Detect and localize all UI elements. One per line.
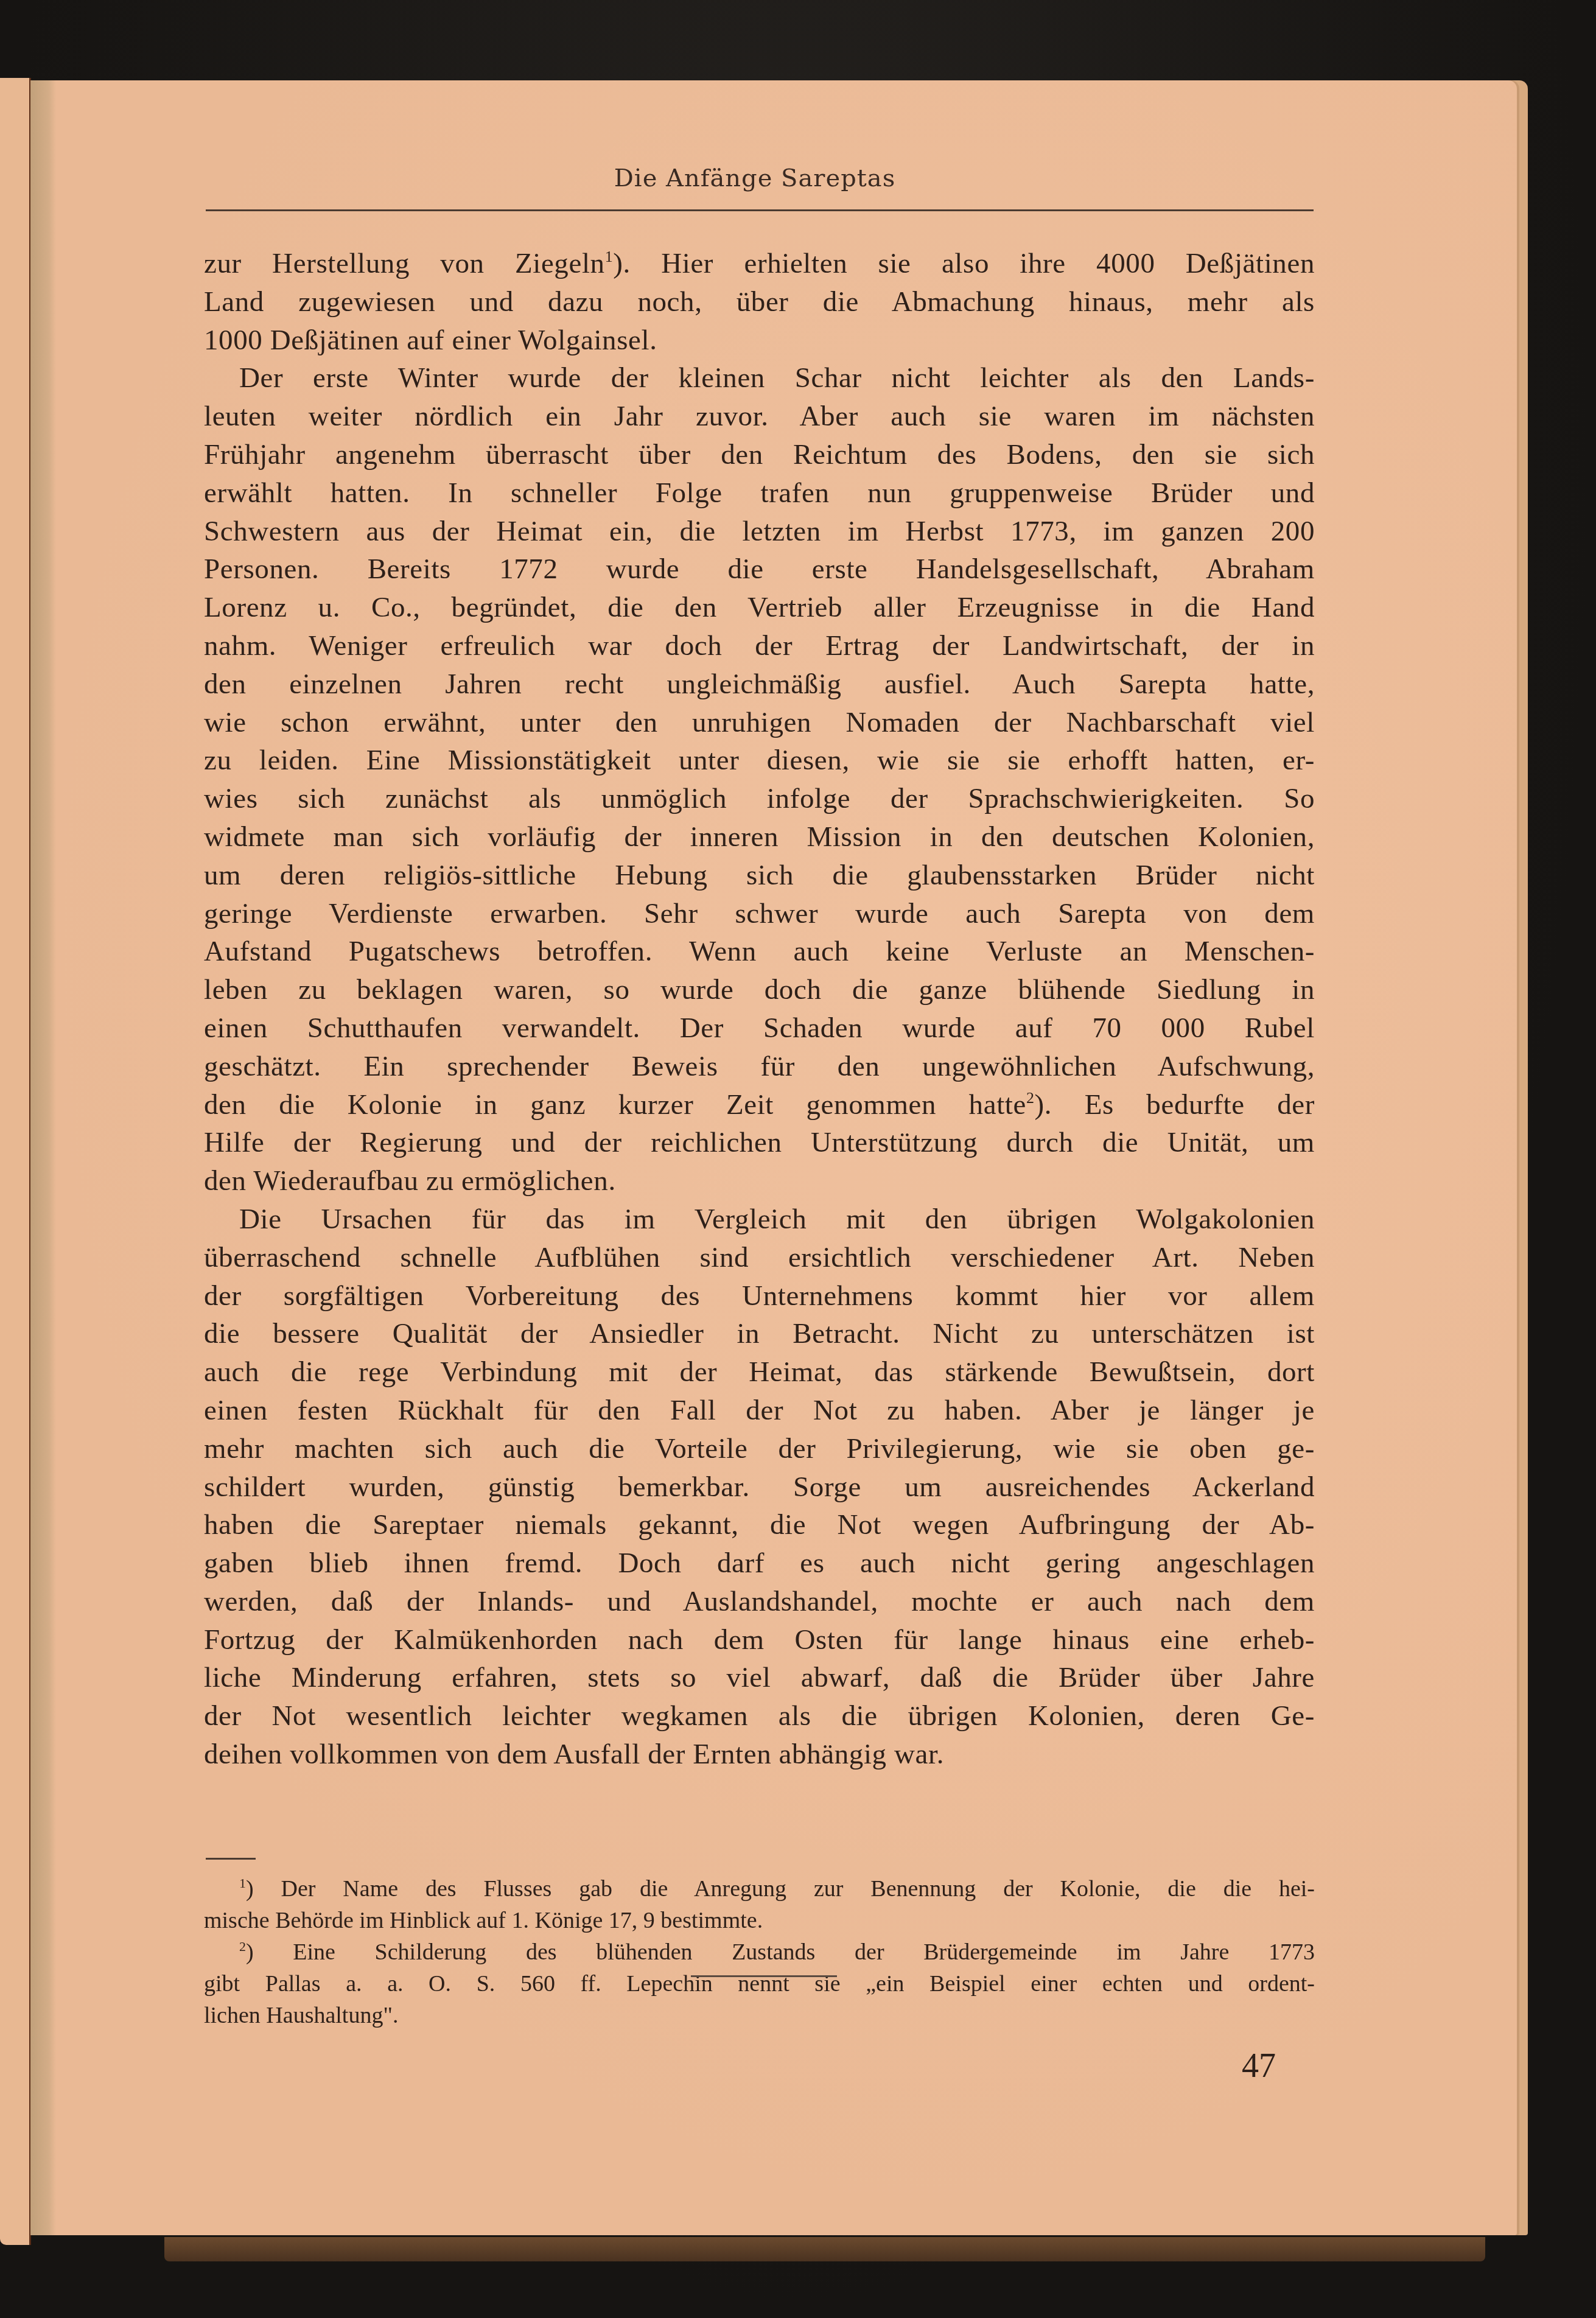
text-line-content: werden, daß der Inlands- und Auslandshan… — [204, 1586, 1315, 1617]
text-line: den Wiederaufbau zu ermöglichen. — [204, 1162, 1315, 1200]
footnote-marker: 2 — [239, 1939, 246, 1954]
text-line: den die Kolonie in ganz kurzer Zeit geno… — [204, 1086, 1315, 1124]
text-line: deihen vollkommen von dem Ausfall der Er… — [204, 1735, 1315, 1774]
text-line-content: Schwestern aus der Heimat ein, die letzt… — [204, 516, 1315, 547]
text-line: nahm. Weniger erfreulich war doch der Er… — [204, 627, 1315, 665]
text-line: geschätzt. Ein sprechender Beweis für de… — [204, 1048, 1315, 1086]
text-line: mehr machten sich auch die Vorteile der … — [204, 1430, 1315, 1468]
book-page: Die Anfänge Sareptas zur Herstellung von… — [30, 80, 1528, 2235]
text-line-content: Frühjahr angenehm überrascht über den Re… — [204, 439, 1315, 471]
text-line: Lorenz u. Co., begründet, die den Vertri… — [204, 589, 1315, 627]
text-line-content: Hilfe der Regierung und der reichlichen … — [204, 1127, 1315, 1158]
text-line-content: den Wiederaufbau zu ermöglichen. — [204, 1165, 616, 1197]
text-line-content: Der erste Winter wurde der kleinen Schar… — [239, 362, 1315, 394]
text-line: wie schon erwähnt, unter den unruhigen N… — [204, 704, 1315, 742]
text-line: 1000 Deßjätinen auf einer Wolgainsel. — [204, 321, 1315, 360]
text-line: Schwestern aus der Heimat ein, die letzt… — [204, 513, 1315, 551]
text-line-content: Land zugewiesen und dazu noch, über die … — [204, 286, 1315, 318]
text-line: um deren religiös-sittliche Hebung sich … — [204, 856, 1315, 895]
text-line-continuation: ). Hier erhielten sie also ihre 4000 Deß… — [613, 248, 1315, 279]
text-line: erwählt hatten. In schneller Folge trafe… — [204, 474, 1315, 513]
text-line-content: wies sich zunächst als unmöglich infolge… — [204, 783, 1315, 814]
footnote-marker: 1 — [239, 1875, 246, 1891]
text-line: geringe Verdienste erwarben. Sehr schwer… — [204, 895, 1315, 933]
text-line-content: gaben blieb ihnen fremd. Doch darf es au… — [204, 1547, 1315, 1579]
text-line-content: einen Schutthaufen verwandelt. Der Schad… — [204, 1012, 1315, 1044]
text-line-content: erwählt hatten. In schneller Folge trafe… — [204, 477, 1315, 509]
text-line-content: haben die Sareptaer niemals gekannt, die… — [204, 1509, 1315, 1541]
text-line-content: zur Herstellung von Ziegeln — [204, 248, 605, 279]
text-line: werden, daß der Inlands- und Auslandshan… — [204, 1583, 1315, 1621]
text-line-content: Lorenz u. Co., begründet, die den Vertri… — [204, 592, 1315, 623]
text-line: wies sich zunächst als unmöglich infolge… — [204, 780, 1315, 818]
text-line: überraschend schnelle Aufblühen sind ers… — [204, 1239, 1315, 1277]
running-head: Die Anfänge Sareptas — [201, 164, 1309, 192]
text-line-content: einen festen Rückhalt für den Fall der N… — [204, 1395, 1315, 1426]
text-line-content: nahm. Weniger erfreulich war doch der Er… — [204, 630, 1315, 662]
footnote-rule — [206, 1858, 256, 1860]
text-line: Fortzug der Kalmükenhorden nach dem Oste… — [204, 1621, 1315, 1659]
text-line: leuten weiter nördlich ein Jahr zuvor. A… — [204, 397, 1315, 436]
book-cover-edge — [164, 2237, 1485, 2261]
text-line: liche Minderung erfahren, stets so viel … — [204, 1659, 1315, 1697]
text-line-content: mehr machten sich auch die Vorteile der … — [204, 1433, 1315, 1465]
text-line: der Not wesentlich leichter wegkamen als… — [204, 1697, 1315, 1735]
text-line-content: deihen vollkommen von dem Ausfall der Er… — [204, 1738, 944, 1770]
text-line: die bessere Qualität der Ansiedler in Be… — [204, 1315, 1315, 1353]
text-line-content: Die Ursachen für das im Vergleich mit de… — [239, 1203, 1315, 1235]
text-line-content: leben zu beklagen waren, so wurde doch d… — [204, 974, 1315, 1006]
text-line-content: Fortzug der Kalmükenhorden nach dem Oste… — [204, 1624, 1315, 1656]
text-line-content: wie schon erwähnt, unter den unruhigen N… — [204, 707, 1315, 738]
text-line-content: zu leiden. Eine Missionstätigkeit unter … — [204, 744, 1315, 776]
text-line: Der erste Winter wurde der kleinen Schar… — [204, 359, 1315, 397]
facing-page-edge — [0, 78, 31, 2245]
text-line-content: geschätzt. Ein sprechender Beweis für de… — [204, 1051, 1315, 1082]
text-line: Frühjahr angenehm überrascht über den Re… — [204, 436, 1315, 474]
footnote-line: 2) Eine Schilderung des blühenden Zustan… — [204, 1936, 1315, 1968]
text-line-content: der Not wesentlich leichter wegkamen als… — [204, 1700, 1315, 1732]
text-line: den einzelnen Jahren recht ungleichmäßig… — [204, 665, 1315, 704]
text-line-content: um deren religiös-sittliche Hebung sich … — [204, 860, 1315, 891]
footnote-line: gibt Pallas a. a. O. S. 560 ff. Lepechin… — [204, 1968, 1315, 2000]
text-line: zur Herstellung von Ziegeln1). Hier erhi… — [204, 245, 1315, 283]
text-line: widmete man sich vorläufig der inneren M… — [204, 818, 1315, 856]
text-line-content: der sorgfältigen Vorbereitung des Untern… — [204, 1280, 1315, 1312]
end-rule — [691, 1975, 837, 1977]
footnote-reference: 2 — [1026, 1089, 1035, 1107]
text-line: einen Schutthaufen verwandelt. Der Schad… — [204, 1009, 1315, 1048]
text-line: Land zugewiesen und dazu noch, über die … — [204, 283, 1315, 321]
footnote-text: lichen Haushaltung". — [204, 2003, 398, 2028]
text-line: der sorgfältigen Vorbereitung des Untern… — [204, 1277, 1315, 1315]
footnote-text: Eine Schilderung des blühenden Zustands … — [293, 1939, 1315, 1965]
text-line: haben die Sareptaer niemals gekannt, die… — [204, 1506, 1315, 1544]
text-line: leben zu beklagen waren, so wurde doch d… — [204, 971, 1315, 1009]
text-line: Aufstand Pugatschews betroffen. Wenn auc… — [204, 933, 1315, 971]
text-line: zu leiden. Eine Missionstätigkeit unter … — [204, 741, 1315, 780]
text-line-content: den die Kolonie in ganz kurzer Zeit geno… — [204, 1089, 1026, 1121]
text-line-content: schildert wurden, günstig bemerkbar. Sor… — [204, 1471, 1315, 1503]
text-line: gaben blieb ihnen fremd. Doch darf es au… — [204, 1544, 1315, 1583]
text-line-content: geringe Verdienste erwarben. Sehr schwer… — [204, 898, 1315, 930]
body-text: zur Herstellung von Ziegeln1). Hier erhi… — [204, 245, 1315, 1774]
footnote-line: mische Behörde im Hinblick auf 1. Könige… — [204, 1905, 1315, 1936]
text-line: auch die rege Verbindung mit der Heimat,… — [204, 1353, 1315, 1392]
text-line: Hilfe der Regierung und der reichlichen … — [204, 1124, 1315, 1162]
text-line-content: widmete man sich vorläufig der inneren M… — [204, 821, 1315, 853]
text-line-content: Aufstand Pugatschews betroffen. Wenn auc… — [204, 936, 1315, 967]
header-rule — [206, 209, 1314, 211]
footnotes: 1) Der Name des Flusses gab die Anregung… — [204, 1873, 1315, 2031]
footnote-text: mische Behörde im Hinblick auf 1. Könige… — [204, 1908, 763, 1933]
text-line-content: auch die rege Verbindung mit der Heimat,… — [204, 1356, 1315, 1388]
page-number: 47 — [1242, 2047, 1276, 2085]
text-line: Personen. Bereits 1772 wurde die erste H… — [204, 550, 1315, 589]
text-line-content: den einzelnen Jahren recht ungleichmäßig… — [204, 668, 1315, 700]
text-line-continuation: ). Es bedurfte der — [1035, 1089, 1315, 1121]
text-line-content: überraschend schnelle Aufblühen sind ers… — [204, 1242, 1315, 1273]
footnote-line: 1) Der Name des Flusses gab die Anregung… — [204, 1873, 1315, 1905]
text-line-content: liche Minderung erfahren, stets so viel … — [204, 1662, 1315, 1693]
text-line: Die Ursachen für das im Vergleich mit de… — [204, 1200, 1315, 1239]
footnote-text: Der Name des Flusses gab die Anregung zu… — [281, 1876, 1315, 1902]
text-line-content: Personen. Bereits 1772 wurde die erste H… — [204, 553, 1315, 585]
footnote-line: lichen Haushaltung". — [204, 2000, 1315, 2031]
text-line: einen festen Rückhalt für den Fall der N… — [204, 1392, 1315, 1430]
text-line-content: 1000 Deßjätinen auf einer Wolgainsel. — [204, 324, 657, 356]
text-line-content: die bessere Qualität der Ansiedler in Be… — [204, 1318, 1315, 1350]
footnote-reference: 1 — [605, 248, 614, 265]
text-line: schildert wurden, günstig bemerkbar. Sor… — [204, 1468, 1315, 1507]
text-line-content: leuten weiter nördlich ein Jahr zuvor. A… — [204, 401, 1315, 432]
